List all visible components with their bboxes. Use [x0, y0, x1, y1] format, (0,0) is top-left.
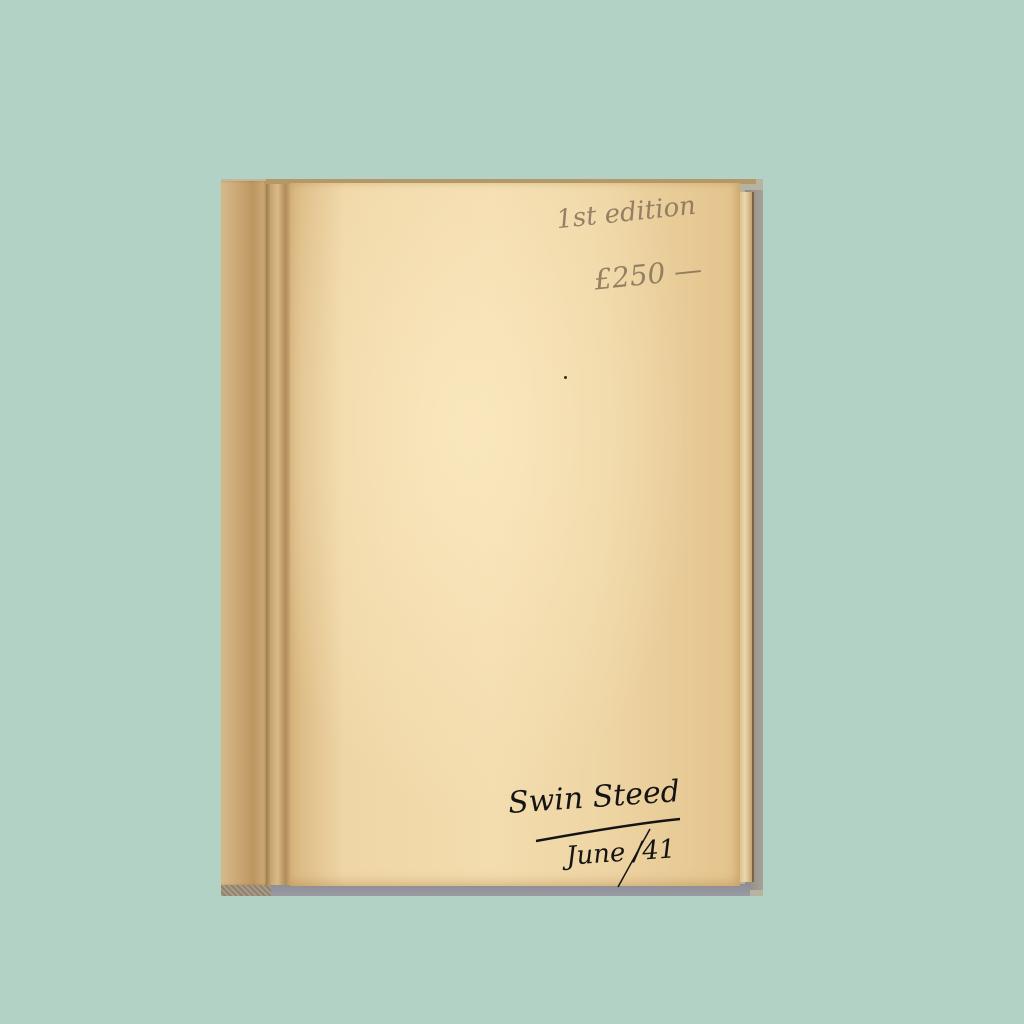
cloth-binding — [221, 884, 271, 896]
page-fore-edge — [738, 192, 754, 882]
left-endpaper-flap — [221, 181, 267, 885]
paper-blemish — [564, 376, 567, 379]
book-gutter — [266, 183, 292, 885]
